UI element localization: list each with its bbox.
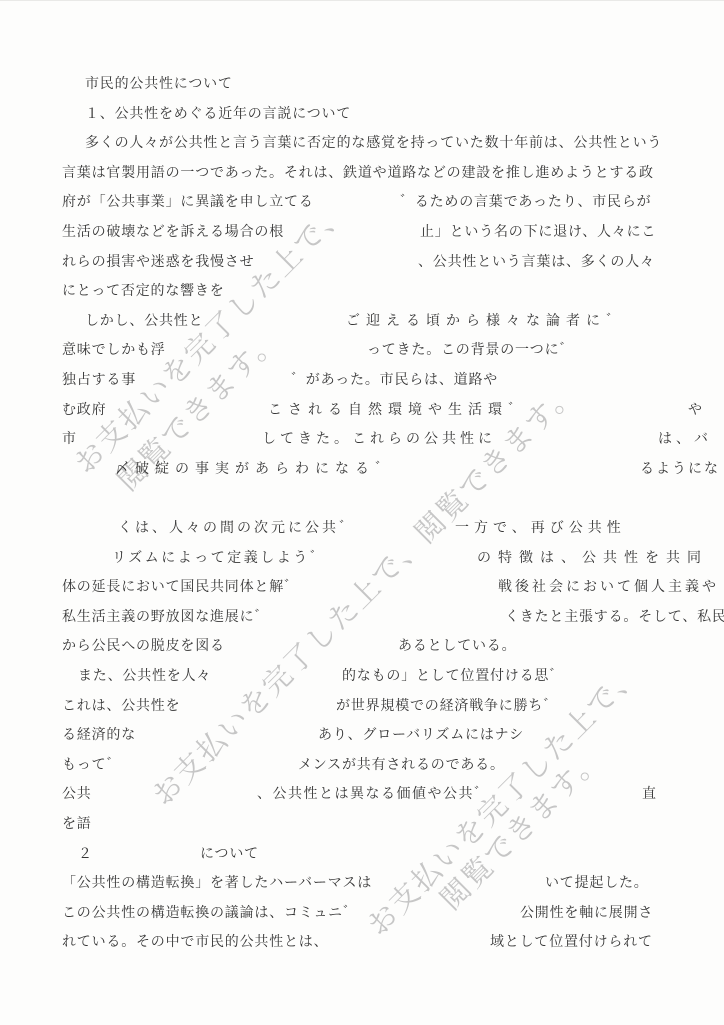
text-segment: してきた。これらの公共性に <box>262 430 496 450</box>
text-segment: ゛るための言葉であったり、市民らが <box>400 193 651 213</box>
text-segment: リズムによって定義しよう゛ <box>112 549 326 569</box>
text-segment: いて提起した。 <box>545 874 649 894</box>
text-segment: 的なもの」として位置付ける思゛ <box>342 667 564 687</box>
text-segment: 多くの人々が公共性と言う言葉に否定的な感覚を持っていた数十年前は、公共性という <box>85 134 662 154</box>
text-segment: 体の延長において国民共同体と解゛ <box>62 578 299 598</box>
text-segment: しかし、公共性と <box>85 312 203 332</box>
text-segment: から公民への脱皮を図る <box>62 637 225 657</box>
text-segment: について <box>200 845 259 865</box>
text-segment: る経済的な <box>62 726 136 746</box>
document-title: 市民的公共性について <box>85 75 233 95</box>
text-segment: れらの損害や迷惑を我慢させ <box>62 253 254 273</box>
text-segment: メンスが共有されるのである。 <box>298 756 505 776</box>
text-segment: 生活の破壊などを訴える場合の根 <box>62 223 284 243</box>
text-segment: にとって否定的な響きを <box>62 282 225 302</box>
text-segment: ゛があった。市民らは、道路や <box>291 371 498 391</box>
text-segment: 公共 <box>62 785 92 805</box>
text-segment: 言葉は官製用語の一つであった。それは、鉄道や道路などの建設を推し進めようとする政 <box>62 164 654 184</box>
text-segment: 独占する事 <box>62 371 136 391</box>
text-segment: ご迎える頃から様々な論者に゛ <box>346 312 626 332</box>
text-segment: あるとしている。 <box>398 637 516 657</box>
text-segment: 止」という名の下に退け、人々にこ <box>420 223 656 243</box>
text-segment: を語 <box>62 815 92 835</box>
document-text-layer: 市民的公共性について１、公共性をめぐる近年の言説について多くの人々が公共性と言う… <box>0 1 724 1025</box>
text-segment: の特徴は、公共性を共同 <box>477 549 708 569</box>
text-segment: 、公共性とは異なる価値や公共゛ <box>257 785 490 805</box>
text-segment: これは、公共性を <box>62 697 180 717</box>
text-segment: また、公共性を人々 <box>78 667 211 687</box>
text-segment: ってきた。この背景の一つに゛ <box>367 341 574 361</box>
text-segment: １、公共性をめぐる近年の言説について <box>85 105 351 125</box>
text-segment: 戦後社会において個人主義や <box>498 578 719 598</box>
text-segment: れている。その中で市民的公共性とは、 <box>62 933 328 953</box>
text-segment: 直 <box>642 785 657 805</box>
text-segment: 府が「公共事業」に異議を申し立てる <box>62 193 314 213</box>
text-segment: 私生活主義の野放図な進展に゛ <box>62 608 269 628</box>
text-segment: 意味でしかも浮 <box>62 341 166 361</box>
text-segment: もって゛ <box>62 756 121 776</box>
text-segment: が世界規模での経済戦争に勝ち゛ <box>336 697 558 717</box>
text-segment: こされる自然環境や生活環゛ <box>268 401 528 421</box>
text-segment: くきたと主張する。そして、私民 <box>505 608 724 628</box>
document-page: お支払いを完了した上で、閲覧できます。お支払いを完了した上で、閲覧できます。お支… <box>0 0 724 1025</box>
text-segment: は、バ <box>658 430 712 450</box>
text-segment: 市 <box>62 430 77 450</box>
text-segment: この公共性の構造転換の議論は、コミュニ゛ <box>62 904 358 924</box>
text-segment: 公開性を軸に展開さ <box>520 904 653 924</box>
text-segment: 〆破綻の事実があらわになる゛ <box>115 460 395 480</box>
text-segment: くは、人々の間の次元に公共゛ <box>118 519 356 539</box>
text-segment: む政府 <box>62 401 106 421</box>
text-segment: あり、グローバリズムにはナシ <box>318 726 524 746</box>
text-segment: 一方で、再び公共性 <box>455 519 626 539</box>
text-segment: るようにな <box>640 460 720 480</box>
text-segment: や <box>688 401 703 421</box>
text-segment: 「公共性の構造転換」を著したハーバーマスは <box>62 874 372 894</box>
text-segment: 、公共性という言葉は、多くの人々 <box>418 253 655 273</box>
text-segment: 域として位置付けられて <box>490 933 653 953</box>
text-segment: ２ <box>78 845 93 865</box>
